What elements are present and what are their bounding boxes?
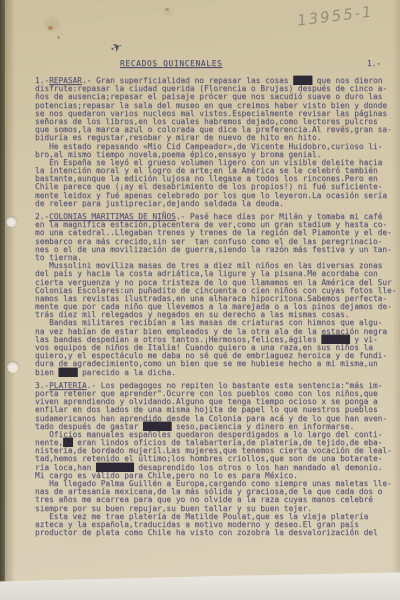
stain-speck — [48, 26, 53, 30]
stain-speck — [57, 36, 60, 39]
text-line: nes o el de una movilización de guerra,s… — [35, 246, 393, 254]
page-number: 1.- — [367, 59, 381, 68]
plane-ink-mark: ✈ — [108, 39, 124, 56]
text-line: productor de plata como Chile ha visto c… — [35, 529, 393, 537]
section-2: 2.-COLONIAS MARITIMAS DE NIÑOS.- Pasé ha… — [35, 213, 393, 377]
text-line: de releer para justipreciar,dejando sald… — [35, 200, 393, 208]
paper-sheet: 13955-1 ✈ RECADOS QUINCENALES 1.- 1.-REP… — [0, 0, 400, 600]
document-body: 1.-REPASAR.- Gran superficialidad no rep… — [35, 77, 393, 537]
stain-speck — [165, 8, 169, 11]
hole-punch-bottom — [7, 361, 19, 373]
scanned-typescript-page: { "page": { "title": "RECADOS QUINCENALE… — [0, 0, 400, 600]
paper-crease — [5, 0, 15, 582]
document-title: RECADOS QUINCENALES — [120, 59, 223, 68]
section-3: 3.-PLATERIA.- Los pedagogos no repiten l… — [35, 382, 393, 538]
text-line: bien ████ parecido a la dicha. — [35, 369, 393, 377]
hole-punch-top — [6, 216, 17, 227]
handwritten-archive-number: 13955-1 — [297, 2, 375, 29]
section-1: 1.-REPASAR.- Gran superficialidad no rep… — [35, 77, 393, 208]
struck-out-word: ████ — [58, 368, 77, 377]
